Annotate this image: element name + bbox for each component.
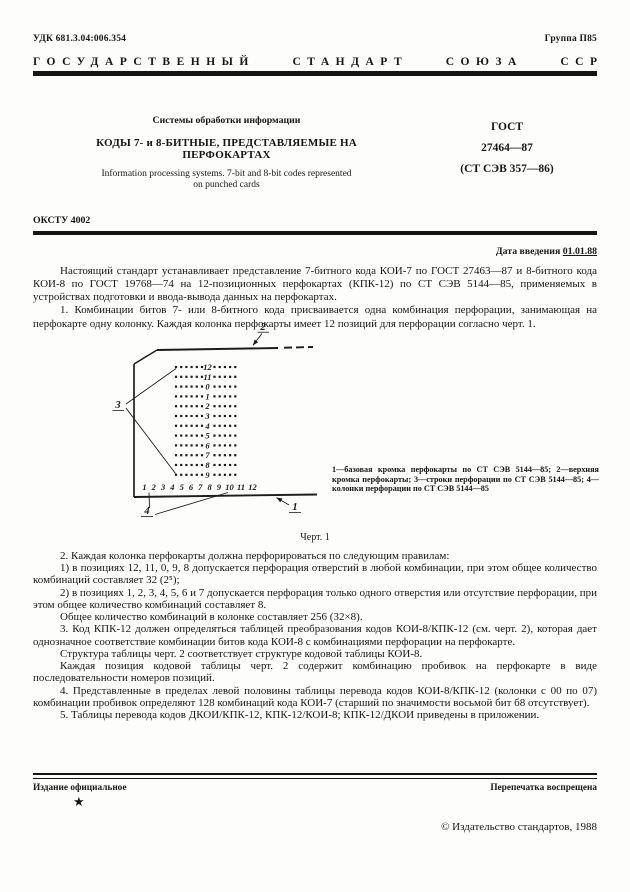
subject-line: Системы обработки информации	[53, 115, 400, 126]
svg-text:2: 2	[151, 482, 157, 492]
standard-heading: ГОСУДАРСТВЕННЫЙ СТАНДАРТ СОЮЗА ССР	[33, 56, 597, 68]
paragraph: Каждая позиция кодовой таблицы черт. 2 с…	[33, 660, 597, 685]
standard-word-2: СТАНДАРТ	[292, 56, 408, 68]
svg-text:9: 9	[205, 470, 210, 480]
paragraph: 2) в позициях 1, 2, 3, 4, 5, 6 и 7 допус…	[33, 587, 597, 612]
paragraph: Общее количество комбинаций в колонке со…	[33, 611, 597, 623]
punch-card-diagram: 121101234567891234567891011122134	[100, 319, 530, 529]
document-title: КОДЫ 7- и 8-БИТНЫЕ, ПРЕДСТАВЛЯЕМЫЕ НА ПЕ…	[53, 137, 400, 161]
figure-caption: Черт. 1	[33, 532, 597, 543]
effective-date-value: 01.01.88	[563, 246, 597, 257]
gost-number: 27464—87	[417, 138, 597, 159]
reprint-notice: Перепечатка воспрещена	[490, 783, 597, 793]
copyright-line: © Издательство стандартов, 1988	[33, 821, 597, 833]
gost-label: ГОСТ	[417, 117, 597, 138]
svg-text:6: 6	[189, 482, 194, 492]
page-footer: Издание официальное Перепечатка воспреще…	[33, 773, 597, 833]
footer-notices: Издание официальное Перепечатка воспреще…	[33, 783, 597, 793]
star-icon: ★	[73, 795, 597, 809]
svg-text:7: 7	[198, 482, 203, 492]
paragraph: Настоящий стандарт устанавливает предста…	[33, 265, 597, 305]
svg-text:3: 3	[160, 482, 166, 492]
udk-code: УДК 681.3.04:006.354	[33, 34, 126, 44]
svg-text:12: 12	[203, 362, 212, 372]
figure-1: 121101234567891234567891011122134 1—базо…	[33, 334, 597, 530]
svg-text:5: 5	[205, 431, 210, 441]
svg-text:9: 9	[217, 482, 222, 492]
standard-word-3: СОЮЗА	[446, 56, 523, 68]
title-english: Information processing systems. 7-bit an…	[53, 169, 400, 191]
svg-text:8: 8	[207, 482, 212, 492]
gost-st-sev: (СТ СЭВ 357—86)	[417, 159, 597, 180]
svg-text:10: 10	[225, 482, 234, 492]
svg-text:11: 11	[237, 482, 245, 492]
svg-text:12: 12	[248, 482, 257, 492]
svg-text:1: 1	[292, 502, 297, 513]
gost-designation: ГОСТ 27464—87 (СТ СЭВ 357—86)	[417, 117, 597, 191]
group-code: Группа П85	[545, 34, 597, 44]
title-column: Системы обработки информации КОДЫ 7- и 8…	[53, 115, 400, 191]
effective-date-label: Дата введения	[496, 246, 560, 257]
svg-text:4: 4	[143, 506, 149, 517]
standard-word-4: ССР	[560, 56, 603, 68]
svg-text:2: 2	[204, 401, 210, 411]
svg-text:1: 1	[205, 391, 209, 401]
title-english-line2: on punched cards	[53, 180, 400, 191]
paragraph: 3. Код КПК-12 должен определяться таблиц…	[33, 623, 597, 648]
paragraph: 5. Таблицы перевода кодов ДКОИ/КПК-12, К…	[33, 709, 597, 721]
svg-text:4: 4	[169, 482, 174, 492]
svg-text:3: 3	[204, 411, 210, 421]
svg-text:4: 4	[204, 421, 209, 431]
effective-date: Дата введения 01.01.88	[33, 246, 597, 257]
document-page: УДК 681.3.04:006.354 Группа П85 ГОСУДАРС…	[0, 0, 630, 892]
svg-text:6: 6	[205, 440, 210, 450]
svg-text:7: 7	[205, 450, 210, 460]
svg-text:1: 1	[142, 482, 146, 492]
svg-text:8: 8	[205, 460, 210, 470]
paragraph: 1) в позициях 12, 11, 0, 9, 8 допускаетс…	[33, 562, 597, 587]
svg-text:0: 0	[205, 382, 210, 392]
standard-word-1: ГОСУДАРСТВЕННЫЙ	[33, 56, 255, 68]
figure-legend: 1—базовая кромка перфокарты по СТ СЭВ 51…	[332, 465, 599, 494]
svg-text:5: 5	[180, 482, 185, 492]
header-rule	[33, 71, 597, 76]
paragraph: 4. Представленные в пределах левой полов…	[33, 685, 597, 710]
okstu-code: ОКСТУ 4002	[33, 215, 597, 226]
svg-text:11: 11	[203, 372, 211, 382]
paragraph: 2. Каждая колонка перфокарты должна перф…	[33, 550, 597, 562]
svg-text:3: 3	[114, 400, 120, 411]
footer-rule	[33, 773, 597, 779]
classification-row: УДК 681.3.04:006.354 Группа П85	[33, 34, 597, 44]
title-english-line1: Information processing systems. 7-bit an…	[53, 169, 400, 180]
okstu-rule	[33, 231, 597, 235]
svg-text:2: 2	[259, 322, 266, 333]
paragraph: Структура таблицы черт. 2 соответствует …	[33, 648, 597, 660]
edition-notice: Издание официальное	[33, 783, 126, 793]
title-area: Системы обработки информации КОДЫ 7- и 8…	[33, 115, 597, 191]
